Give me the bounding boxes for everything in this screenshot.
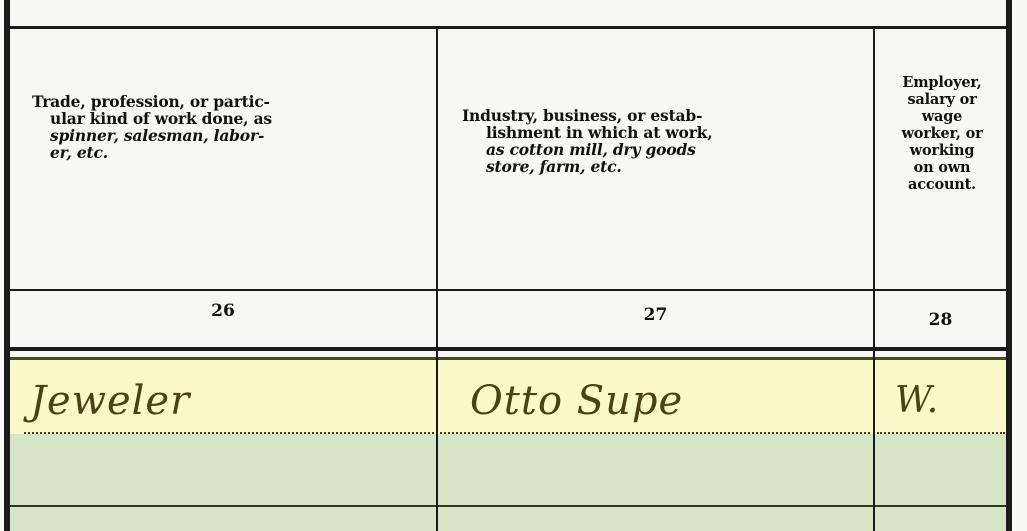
header-line: Employer, [876, 74, 1008, 91]
column-27-header: Industry, business, or estab- lishment i… [462, 107, 862, 175]
row2-industry-cell [445, 445, 865, 495]
col-divider-26-27 [436, 28, 438, 531]
row2-class-cell [880, 445, 1000, 495]
header-line: store, farm, etc. [462, 158, 862, 175]
column-28-header: Employer, salary or wage worker, or work… [876, 74, 1008, 193]
header-bottom-rule [10, 289, 1006, 291]
header-line: account. [876, 176, 1008, 193]
row1-top-rule [10, 357, 1006, 360]
header-line: spinner, salesman, labor- [32, 127, 432, 144]
numbers-bottom-rule [10, 347, 1006, 351]
header-line: Industry, business, or estab- [462, 107, 862, 124]
column-number-26: 26 [10, 301, 436, 321]
left-border [4, 0, 10, 531]
industry-entry: Otto Supe [470, 378, 683, 424]
row2-trade-cell [24, 445, 424, 495]
row1-dotted-rule [440, 432, 870, 434]
header-line: as cotton mill, dry goods [462, 141, 862, 158]
header-line: salary or [876, 91, 1008, 108]
col-divider-27-28 [873, 28, 875, 531]
row2-bottom-rule [10, 505, 1006, 507]
class-of-worker-entry: W. [895, 380, 939, 421]
header-line: er, etc. [32, 144, 432, 161]
header-line: Trade, profession, or partic- [32, 93, 432, 110]
row1-dotted-rule [24, 432, 434, 434]
column-number-28: 28 [875, 310, 1006, 330]
header-top-rule [10, 26, 1006, 29]
header-line: on own [876, 159, 1008, 176]
header-line: wage [876, 108, 1008, 125]
header-line: lishment in which at work, [462, 124, 862, 141]
row1-dotted-rule [877, 432, 1005, 434]
column-26-header: Trade, profession, or partic- ular kind … [32, 93, 432, 161]
header-line: working [876, 142, 1008, 159]
column-number-27: 27 [438, 305, 873, 325]
header-line: worker, or [876, 125, 1008, 142]
header-line: ular kind of work done, as [32, 110, 432, 127]
trade-entry: Jeweler [30, 378, 190, 424]
